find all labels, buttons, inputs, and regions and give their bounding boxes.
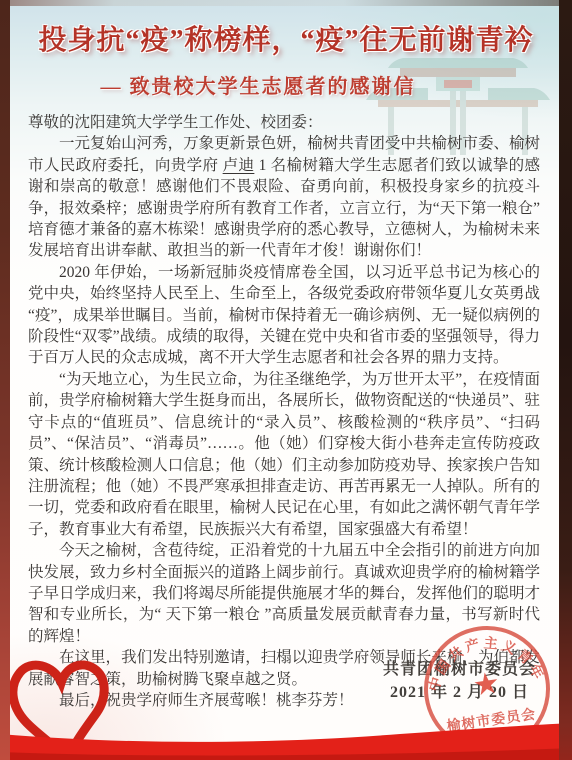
volunteer-name: 卢迪 bbox=[223, 157, 255, 174]
paragraph-thanks: 一元复始山河秀，万象更新景色妍，榆树共青团受中共榆树市委、榆树市人民政府委托，向… bbox=[28, 133, 540, 261]
letter-title: 投身抗“疫”称榜样，“疫”往无前谢青衿 bbox=[14, 18, 558, 58]
photo-edge-left bbox=[0, 0, 10, 760]
letter-subtitle: — 致贵校大学生志愿者的感谢信 bbox=[0, 70, 530, 99]
letter-header: 投身抗“疫”称榜样，“疫”往无前谢青衿 — 致贵校大学生志愿者的感谢信 bbox=[14, 18, 558, 99]
letter-page: 投身抗“疫”称榜样，“疫”往无前谢青衿 — 致贵校大学生志愿者的感谢信 尊敬的沈… bbox=[0, 0, 572, 760]
letter-body: 尊敬的沈阳建筑大学学生工作处、校团委： 一元复始山河秀，万象更新景色妍，榆树共青… bbox=[28, 112, 540, 711]
photo-edge-top bbox=[0, 0, 572, 6]
salutation: 尊敬的沈阳建筑大学学生工作处、校团委： bbox=[28, 112, 540, 133]
stamp-star-icon: ★ bbox=[471, 666, 502, 702]
paragraph-pandemic: 2020 年伊始，一场新冠肺炎疫情席卷全国，以习近平总书记为核心的党中央，始终坚… bbox=[28, 262, 540, 369]
photo-edge-right bbox=[559, 0, 572, 760]
bottom-ribbon bbox=[0, 718, 572, 760]
paragraph-volunteer-roles: “为天地立心，为生民立命，为往圣继绝学，为万世开太平”，在疫情面前，贵学府榆树籍… bbox=[28, 369, 540, 540]
